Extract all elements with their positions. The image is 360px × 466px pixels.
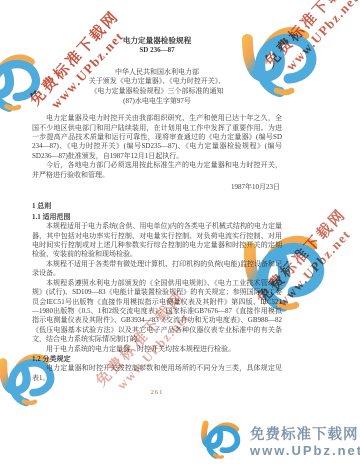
- up-logo-icon: [194, 418, 246, 466]
- footer-site-name: 免费标准下载网: [250, 427, 360, 443]
- paragraph: 本规程不适用于各类带有微处理计算机、打印机构的负荷(电能)监控设备和记录设备。: [32, 260, 282, 279]
- paragraph: 电力定量器及电力时控开关由我部组织研究、生产和使用已达十年之久，全国不少地区供电…: [32, 114, 282, 161]
- issue-date: 1987年10月23日: [32, 183, 280, 192]
- paragraph: 电力定量器和时控开关按控制参数和使用场所的不同分为三类，具体规定见表1。: [32, 364, 282, 383]
- footer-brand: 免费标准下载网 www.UPbz.net: [194, 418, 360, 466]
- page-number: 261: [32, 388, 282, 397]
- footer-brand-text: 免费标准下载网 www.UPbz.net: [250, 427, 360, 458]
- document-title: 电力定量器检验规程: [32, 36, 282, 45]
- footer-site-url: www.UPbz.net: [250, 443, 360, 458]
- section-heading: 1 总则: [32, 202, 282, 211]
- subsection-heading: 1.1 适用范围: [32, 213, 282, 222]
- paragraph: 今后，各地电力部门必须选用按此标准生产的电力定量器和电力时控开关，并严格进行验收…: [32, 161, 282, 180]
- paragraph: 本规程适用于电力系统(含供、用电单位)内的各类电子机械式结构的电力定量器，其中包…: [32, 222, 282, 260]
- scanned-document-page: 免费标准下载网 www.UPbz.net 免费标准下载网 www.UPbz.ne…: [0, 0, 360, 466]
